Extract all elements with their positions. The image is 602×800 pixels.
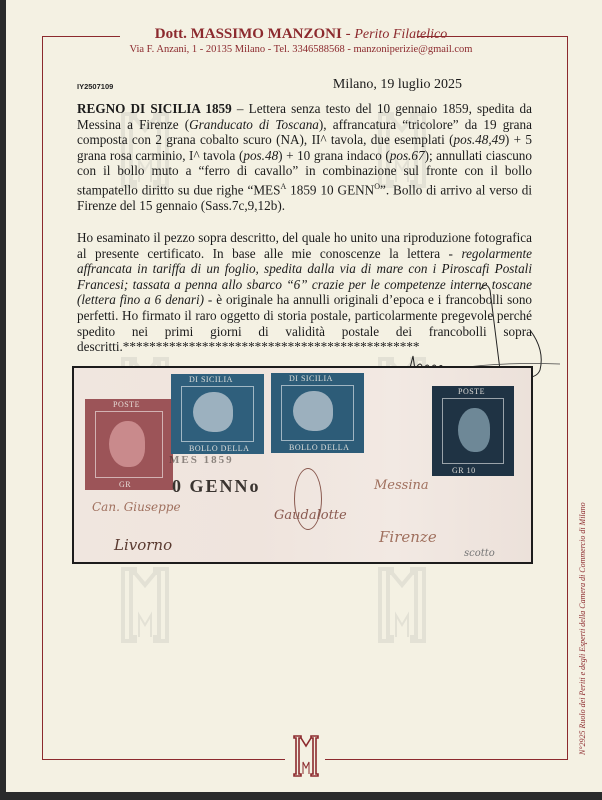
postmark-line2: 0 GENNo: [172, 476, 261, 497]
stamp-2-grana-pos48: DI SICILIA BOLLO DELLA: [171, 374, 264, 454]
item-description: REGNO DI SICILIA 1859 – Lettera senza te…: [77, 101, 532, 214]
stamp-10-grana: POSTE GR 10: [432, 386, 514, 476]
mm-monogram-logo-icon: [292, 734, 320, 778]
postmark-line1: MES 1859: [169, 454, 234, 466]
place-date: Milano, 19 luglio 2025: [333, 77, 462, 93]
stamp-2-grana-pos49: DI SICILIA BOLLO DELLA: [271, 373, 364, 453]
stamp-5-grana: POSTE GR: [85, 399, 173, 490]
registry-number: N°2925 Ruolo dei Periti e degli Esperti …: [578, 502, 587, 755]
expert-address: Via F. Anzani, 1 - 20135 Milano - Tel. 3…: [0, 44, 602, 55]
certificate-id: IY2507109: [77, 82, 113, 91]
cover-photo: POSTE GR DI SICILIA BOLLO DELLA DI SICIL…: [72, 366, 533, 564]
expert-name: Dott. MASSIMO MANZONI - Perito Filatelic…: [0, 26, 602, 43]
